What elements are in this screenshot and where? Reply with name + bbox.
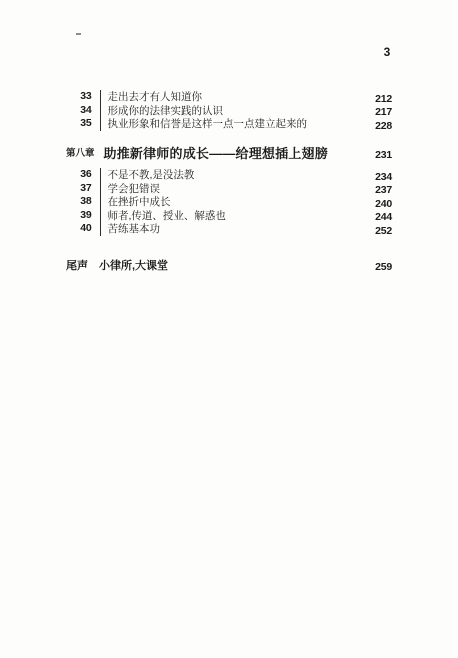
entry-divider-line: 不是不教,是没法教 234	[100, 168, 393, 182]
entry-divider-line: 走出去才有人知道你 212	[100, 90, 393, 104]
entry-divider-line: 苦练基本功 252	[100, 222, 393, 236]
toc-entry-row: 36 不是不教,是没法教 234	[66, 168, 392, 182]
entry-number: 34	[66, 104, 96, 118]
chapter-title: 助推新律师的成长——给理想插上翅膀	[104, 143, 376, 162]
entry-divider-line: 学会犯错误 237	[100, 182, 393, 196]
entry-page-number: 228	[375, 120, 392, 132]
toc-entry-row: 38 在挫折中成长 240	[66, 195, 392, 209]
entry-number: 35	[66, 117, 96, 131]
entry-page-number: 240	[375, 198, 392, 210]
scan-artifact-mark	[76, 33, 81, 35]
entry-divider-line: 执业形象和信誉是这样一点一点建立起来的 228	[100, 117, 393, 131]
entry-page-number: 217	[375, 106, 392, 118]
toc-entry-row: 34 形成你的法律实践的认识 217	[66, 104, 392, 118]
entry-divider-line: 在挫折中成长 240	[100, 195, 393, 209]
chapter-page-number: 231	[375, 149, 392, 161]
entry-page-number: 234	[375, 171, 392, 183]
entry-number: 38	[66, 195, 96, 209]
epilogue-label: 尾声	[66, 257, 88, 273]
table-of-contents: 33 走出去才有人知道你 212 34 形成你的法律实践的认识 217 35 执…	[66, 90, 392, 290]
toc-entry-row: 35 执业形象和信誉是这样一点一点建立起来的 228	[66, 117, 392, 131]
entry-number: 40	[66, 222, 96, 236]
toc-entry-row: 33 走出去才有人知道你 212	[66, 90, 392, 104]
entry-number: 33	[66, 90, 96, 104]
entry-number: 36	[66, 168, 96, 182]
chapter-label: 第八章	[66, 145, 104, 159]
entry-divider-line: 形成你的法律实践的认识 217	[100, 104, 393, 118]
entry-divider-line: 师者,传道、授业、解惑也 244	[100, 209, 393, 223]
toc-section-lower: 36 不是不教,是没法教 234 37 学会犯错误 237 38 在挫折中成长 …	[66, 168, 392, 236]
entry-number: 37	[66, 182, 96, 196]
toc-entry-row: 37 学会犯错误 237	[66, 182, 392, 196]
entry-page-number: 252	[375, 225, 392, 237]
epilogue-page-number: 259	[375, 261, 392, 273]
toc-section-upper: 33 走出去才有人知道你 212 34 形成你的法律实践的认识 217 35 执…	[66, 90, 392, 131]
toc-entry-row: 39 师者,传道、授业、解惑也 244	[66, 209, 392, 223]
epilogue-title: 小律所,大课堂	[99, 257, 375, 273]
toc-entry-row: 40 苦练基本功 252	[66, 222, 392, 236]
entry-title: 执业形象和信誉是这样一点一点建立起来的	[108, 116, 376, 131]
entry-page-number: 237	[375, 184, 392, 196]
entry-title: 苦练基本功	[108, 221, 376, 236]
entry-number: 39	[66, 209, 96, 223]
book-toc-page: 3 33 走出去才有人知道你 212 34 形成你的法律实践的认识 217 35…	[0, 0, 458, 658]
epilogue-row: 尾声 小律所,大课堂 259	[66, 258, 392, 272]
entry-page-number: 244	[375, 211, 392, 223]
chapter-heading-row: 第八章 助推新律师的成长——给理想插上翅膀 231	[66, 142, 392, 162]
entry-page-number: 212	[375, 93, 392, 105]
page-number: 3	[380, 45, 394, 59]
